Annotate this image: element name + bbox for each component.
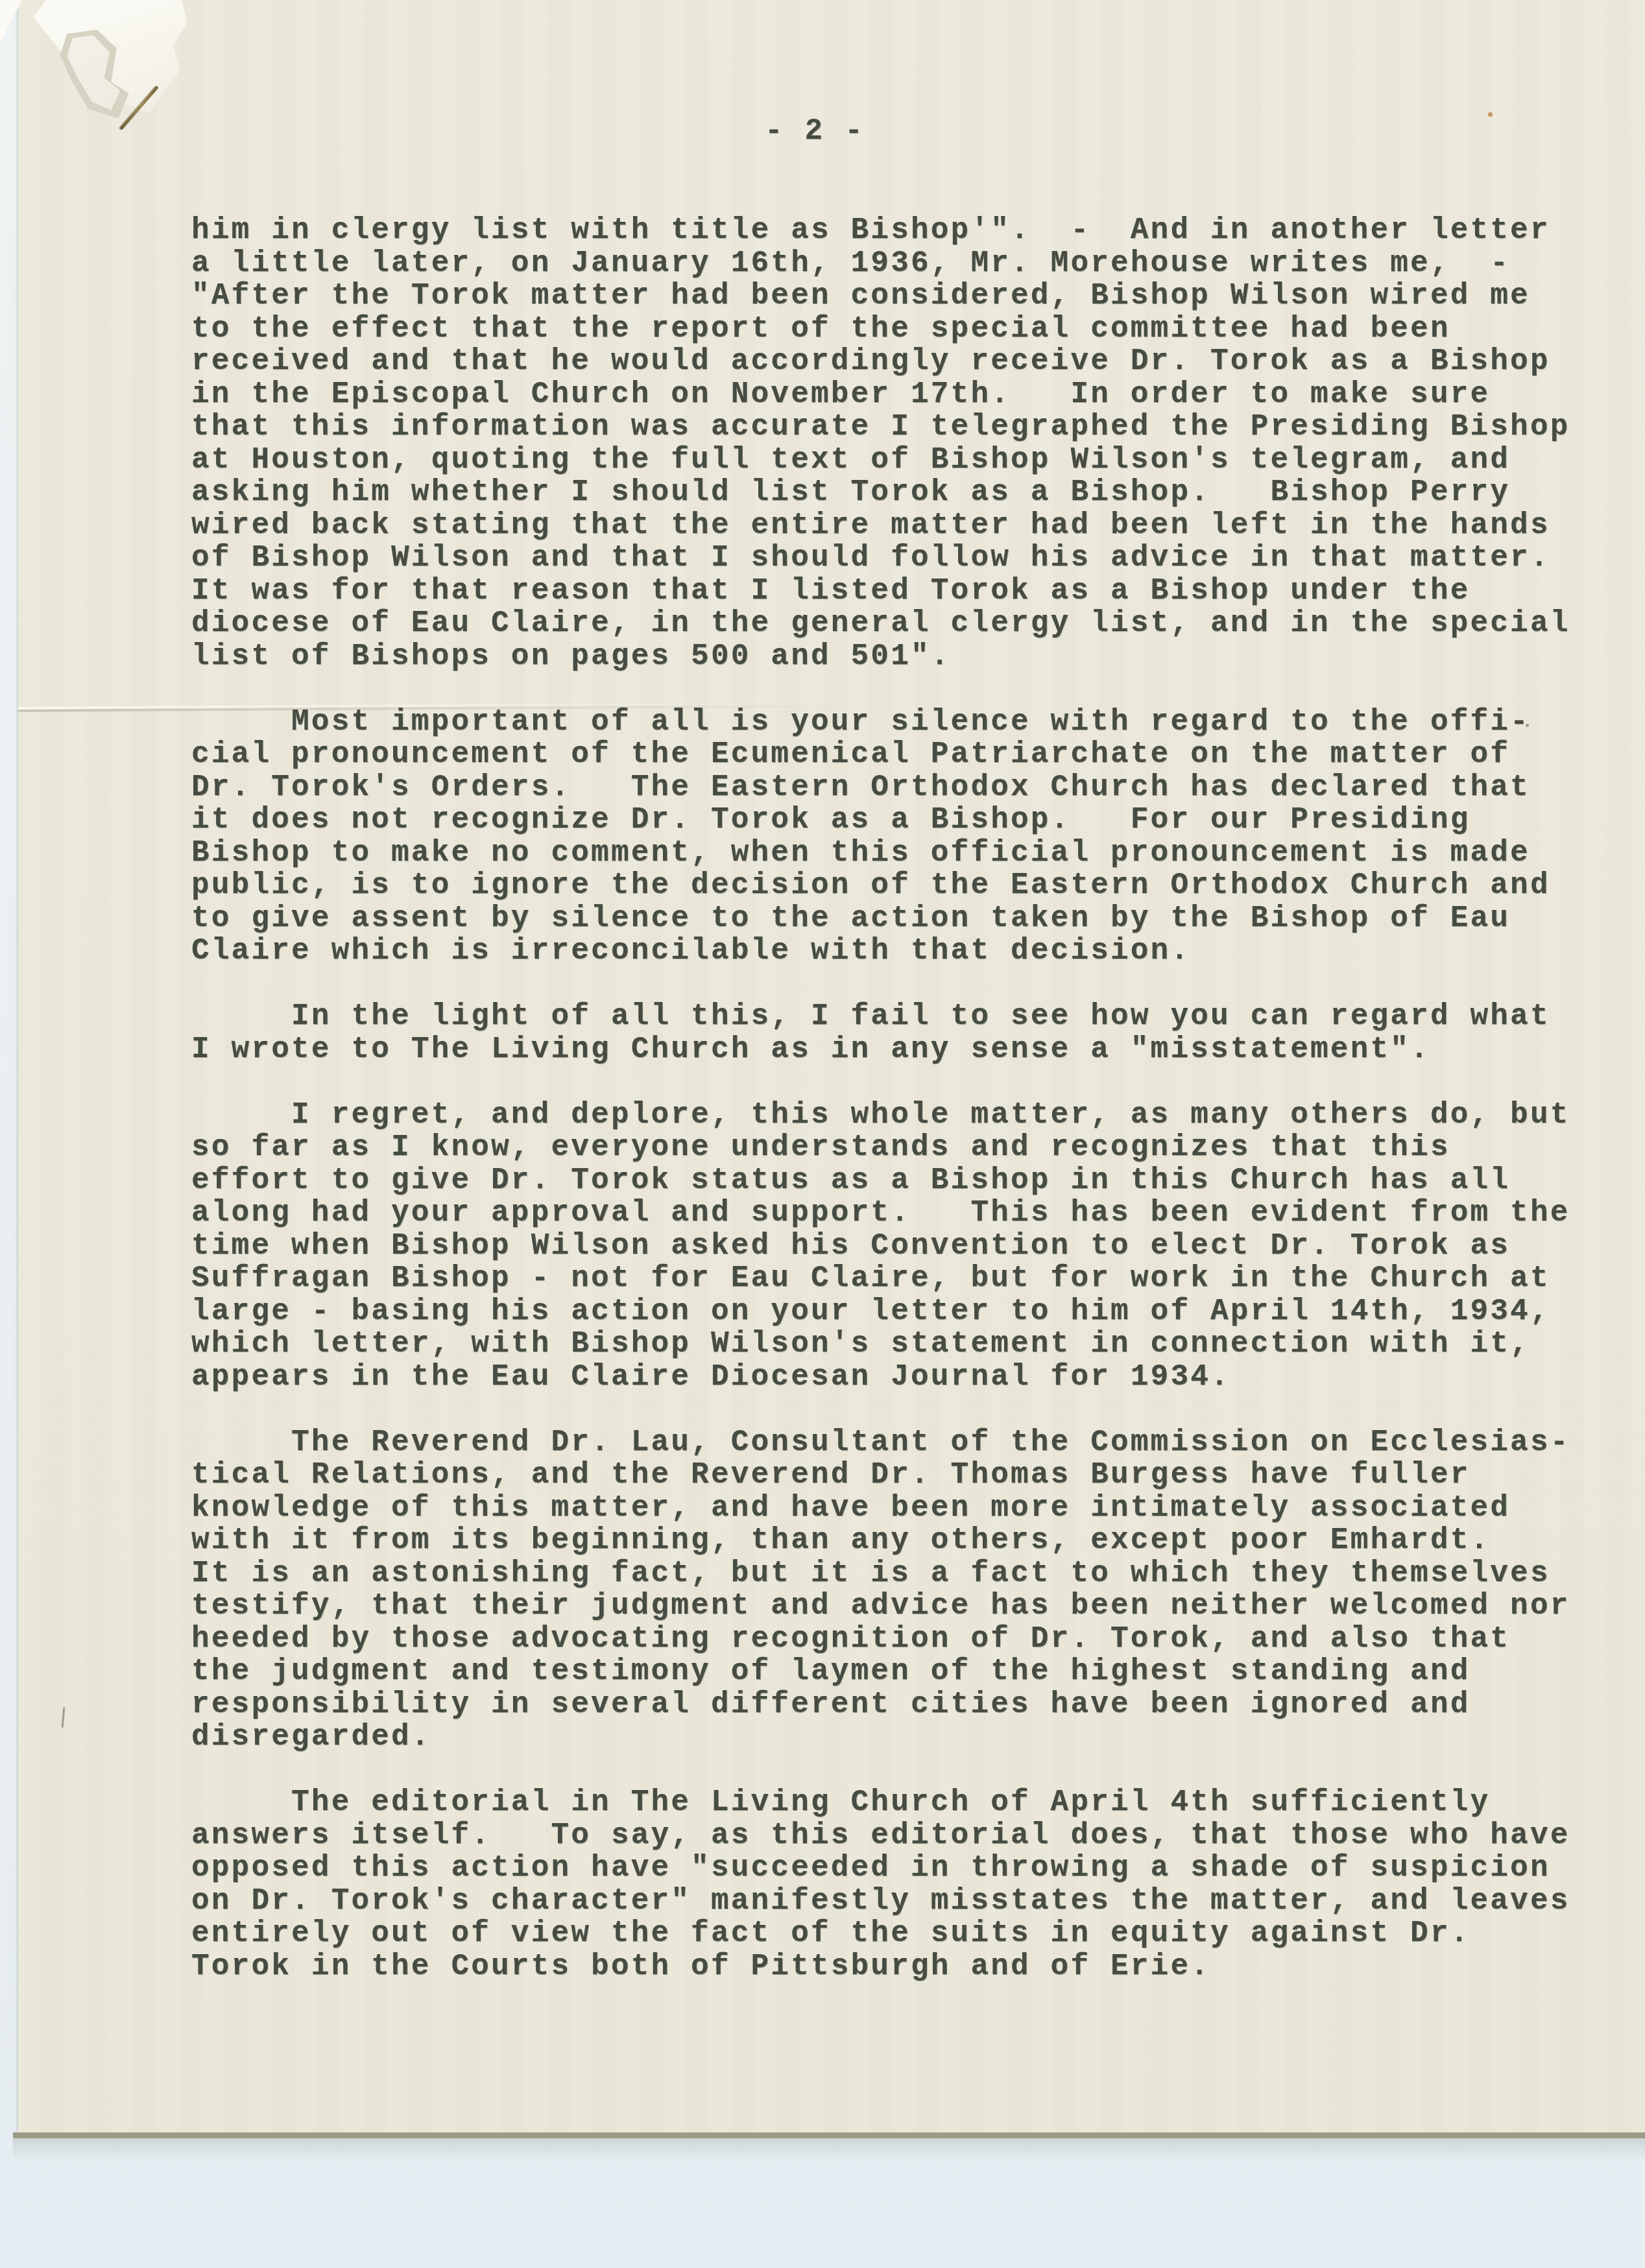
typed-line: a little later, on January 16th, 1936, M… xyxy=(191,247,1605,280)
typed-line: received and that he would accordingly r… xyxy=(191,345,1605,378)
typed-line: I regret, and deplore, this whole matter… xyxy=(191,1099,1605,1132)
paragraph: In the light of all this, I fail to see … xyxy=(191,1000,1605,1066)
typed-line: wired back stating that the entire matte… xyxy=(191,509,1605,542)
typed-line: asking him whether I should list Torok a… xyxy=(191,476,1605,509)
typed-line: entirely out of view the fact of the sui… xyxy=(191,1917,1605,1950)
typed-line: Claire which is irreconcilable with that… xyxy=(191,935,1605,968)
ink-speck-stain xyxy=(1526,724,1529,727)
typed-line: at Houston, quoting the full text of Bis… xyxy=(191,444,1605,477)
typed-line: opposed this action have "succeeded in t… xyxy=(191,1852,1605,1885)
typed-line: it does not recognize Dr. Torok as a Bis… xyxy=(191,804,1605,837)
typed-line: knowledge of this matter, and have been … xyxy=(191,1492,1605,1525)
typed-line: Bishop to make no comment, when this off… xyxy=(191,837,1605,870)
scanned-letter-page: - 2 - him in clergy list with title as B… xyxy=(0,0,1645,2268)
letter-paper: - 2 - him in clergy list with title as B… xyxy=(18,0,1645,2132)
typed-line: Dr. Torok's Orders. The Eastern Orthodox… xyxy=(191,771,1605,804)
typed-line: In the light of all this, I fail to see … xyxy=(191,1000,1605,1033)
typed-line: along had your approval and support. Thi… xyxy=(191,1197,1605,1230)
typed-line: to the effect that the report of the spe… xyxy=(191,313,1605,346)
typed-line: It is an astonishing fact, but it is a f… xyxy=(191,1557,1605,1590)
typed-line: public, is to ignore the decision of the… xyxy=(191,869,1605,902)
paragraph: The editorial in The Living Church of Ap… xyxy=(191,1786,1605,1983)
typed-line: time when Bishop Wilson asked his Conven… xyxy=(191,1230,1605,1263)
typed-line: him in clergy list with title as Bishop'… xyxy=(191,214,1605,247)
typed-line: appears in the Eau Claire Diocesan Journ… xyxy=(191,1361,1605,1394)
typed-line: list of Bishops on pages 500 and 501". xyxy=(191,640,1605,673)
typed-line: large - basing his action on your letter… xyxy=(191,1295,1605,1328)
typed-line: the judgment and testimony of laymen of … xyxy=(191,1655,1605,1688)
page-number: - 2 - xyxy=(18,115,1611,147)
letter-body: him in clergy list with title as Bishop'… xyxy=(191,214,1605,1983)
paragraph: him in clergy list with title as Bishop'… xyxy=(191,214,1605,673)
typed-line: on Dr. Torok's character" manifestly mis… xyxy=(191,1885,1605,1918)
paper-bottom-edge-shadow xyxy=(13,2132,1645,2138)
faint-speck-stain xyxy=(1532,1009,1535,1012)
typed-line: effort to give Dr. Torok status as a Bis… xyxy=(191,1164,1605,1197)
typed-line: The editorial in The Living Church of Ap… xyxy=(191,1786,1605,1819)
orange-speck-stain xyxy=(1488,112,1493,117)
torn-corner xyxy=(19,0,196,141)
typed-line: testify, that their judgment and advice … xyxy=(191,1590,1605,1623)
typed-line: answers itself. To say, as this editoria… xyxy=(191,1819,1605,1852)
typed-line: of Bishop Wilson and that I should follo… xyxy=(191,542,1605,575)
typed-line: heeded by those advocating recognition o… xyxy=(191,1623,1605,1656)
typed-line: with it from its beginning, than any oth… xyxy=(191,1524,1605,1557)
typed-line: Suffragan Bishop - not for Eau Claire, b… xyxy=(191,1262,1605,1295)
typed-line: Torok in the Courts both of Pittsburgh a… xyxy=(191,1950,1605,1983)
typed-line: in the Episcopal Church on November 17th… xyxy=(191,378,1605,411)
typed-line: that this information was accurate I tel… xyxy=(191,411,1605,444)
typed-line: The Reverend Dr. Lau, Consultant of the … xyxy=(191,1426,1605,1459)
typed-line: diocese of Eau Claire, in the general cl… xyxy=(191,607,1605,640)
paper-bottom-soft-shadow xyxy=(13,2138,1645,2162)
paragraph: The Reverend Dr. Lau, Consultant of the … xyxy=(191,1426,1605,1754)
typed-line: to give assent by silence to the action … xyxy=(191,902,1605,935)
typed-line: It was for that reason that I listed Tor… xyxy=(191,575,1605,608)
typed-line: "After the Torok matter had been conside… xyxy=(191,280,1605,313)
paragraph: I regret, and deplore, this whole matter… xyxy=(191,1099,1605,1394)
typed-line: I wrote to The Living Church as in any s… xyxy=(191,1033,1605,1066)
typed-line: Most important of all is your silence wi… xyxy=(191,706,1605,739)
paragraph: Most important of all is your silence wi… xyxy=(191,706,1605,968)
typed-line: responsibility in several different citi… xyxy=(191,1688,1605,1721)
typed-line: which letter, with Bishop Wilson's state… xyxy=(191,1328,1605,1361)
typed-line: tical Relations, and the Reverend Dr. Th… xyxy=(191,1459,1605,1492)
typed-line: so far as I know, everyone understands a… xyxy=(191,1131,1605,1164)
typed-line: cial pronouncement of the Ecumenical Pat… xyxy=(191,738,1605,771)
typed-line: disregarded. xyxy=(191,1721,1605,1754)
